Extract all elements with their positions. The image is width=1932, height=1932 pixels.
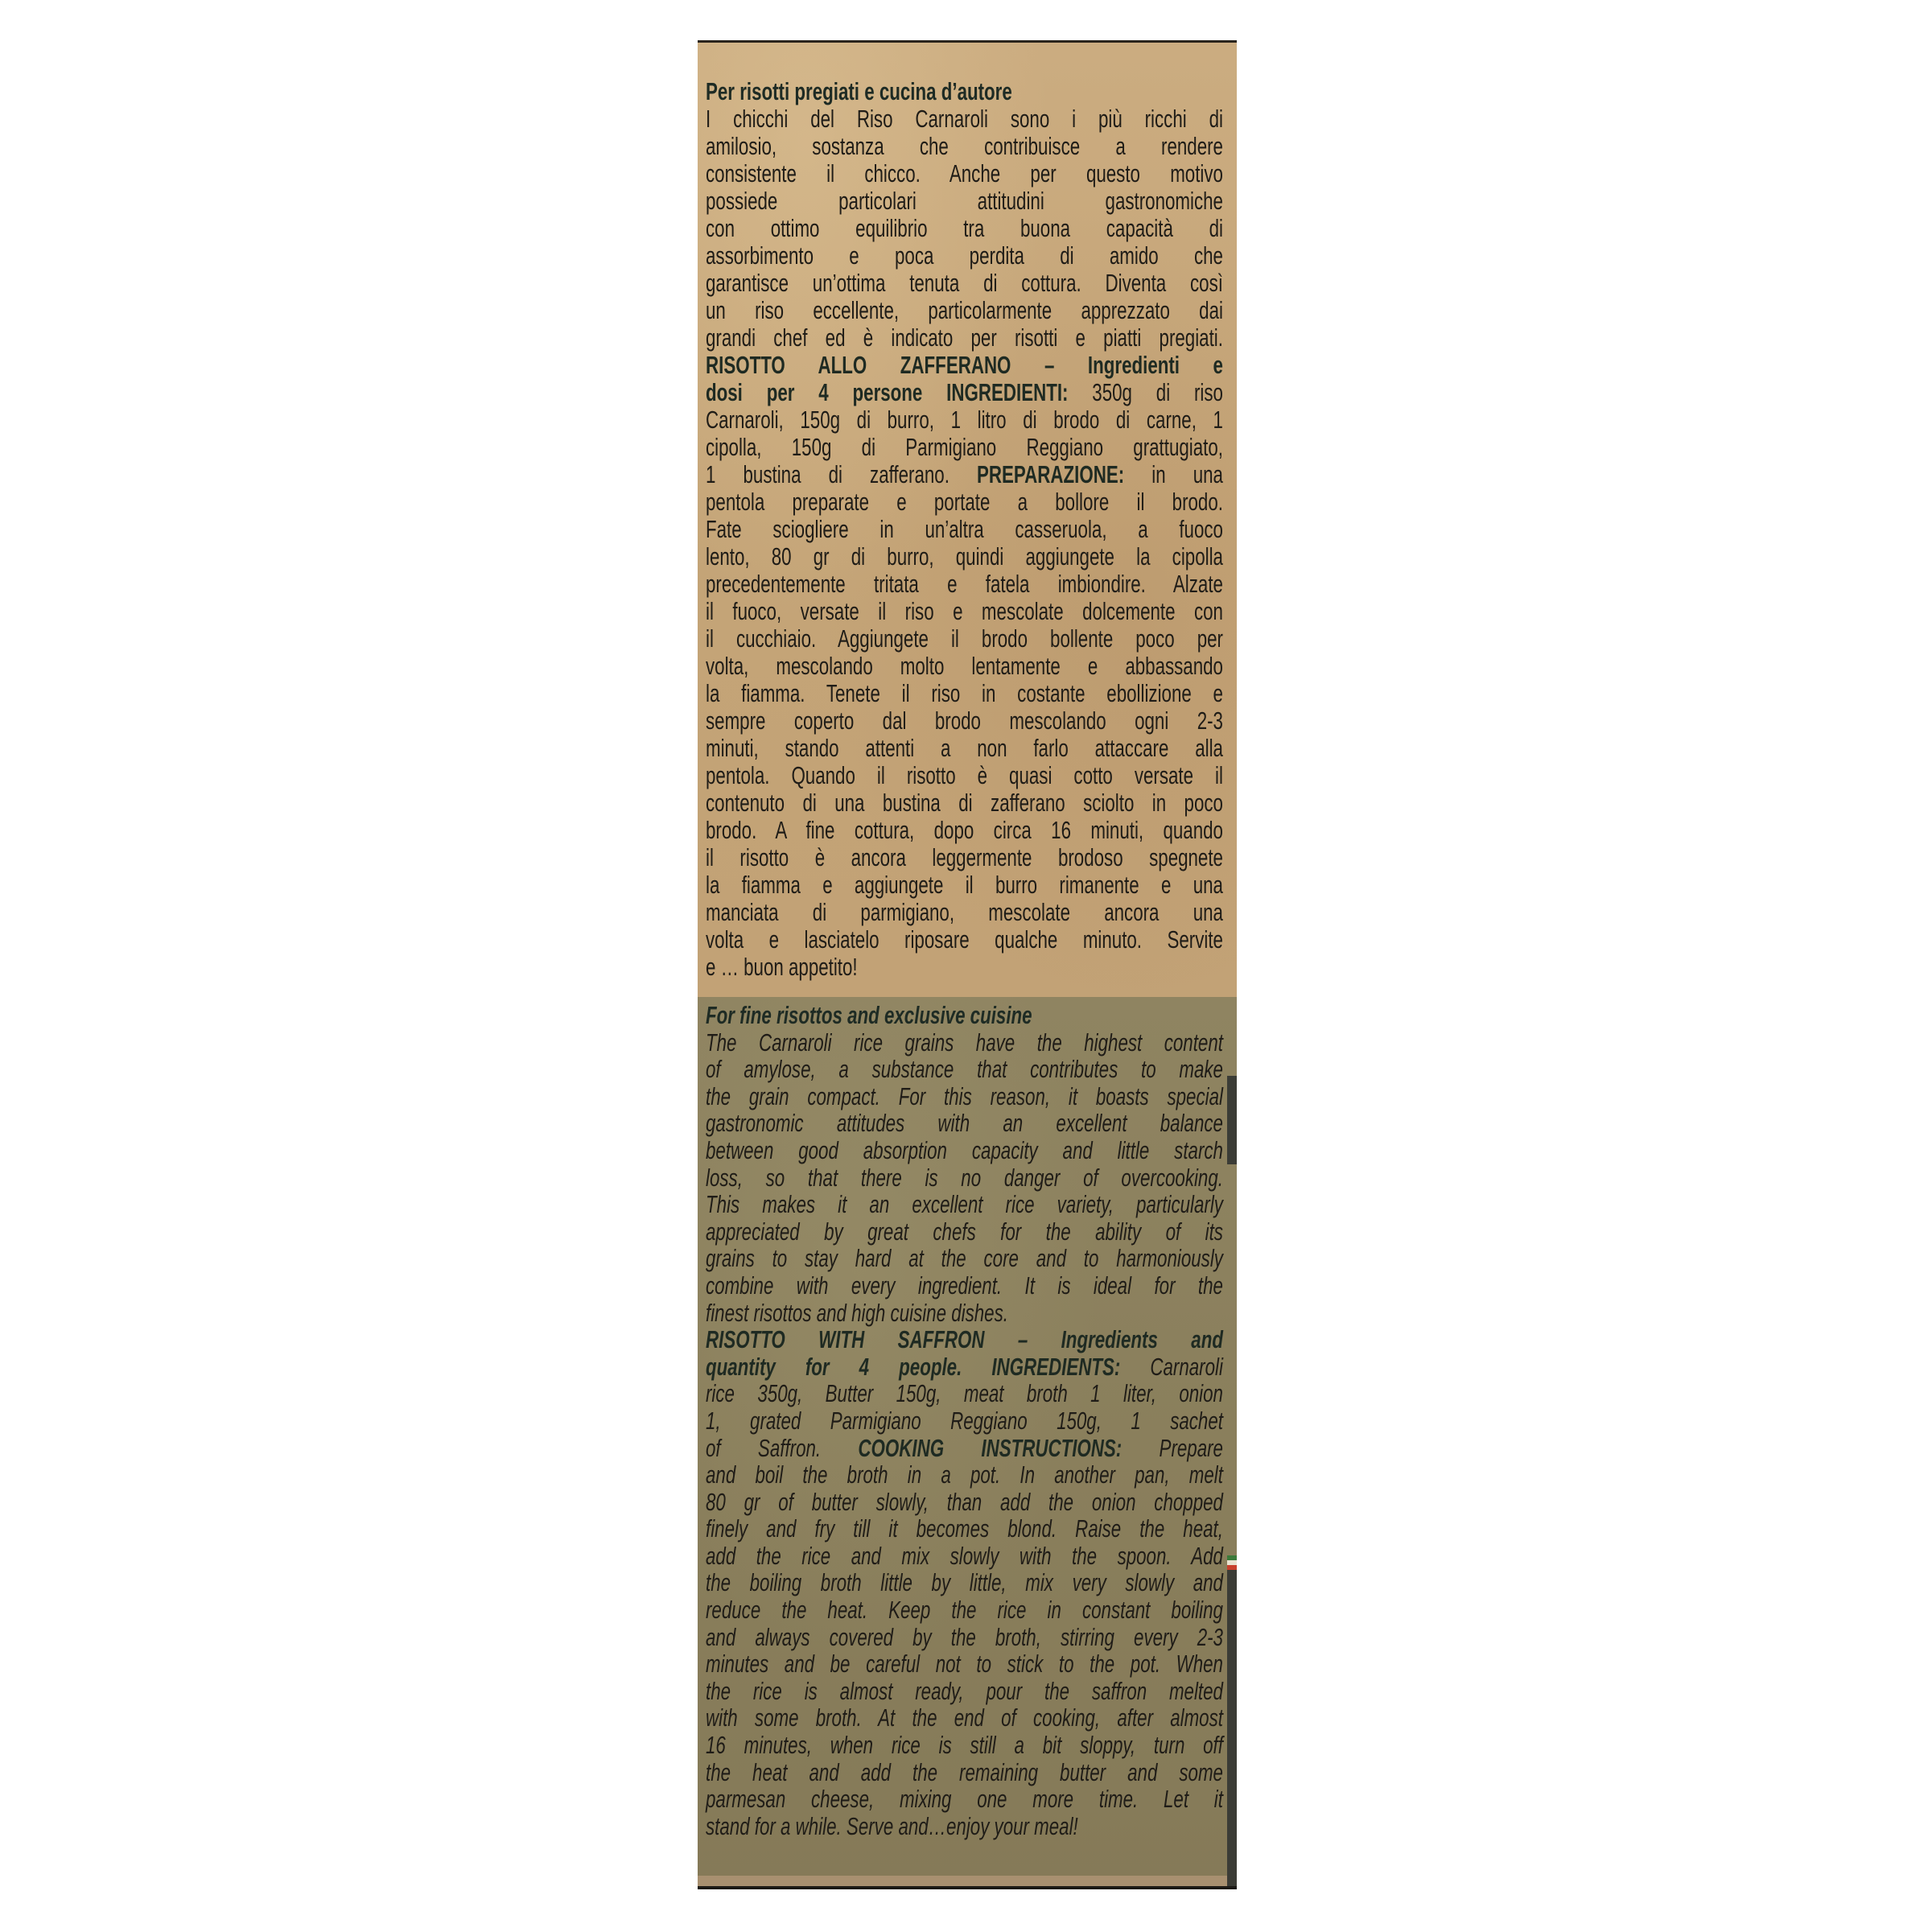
english-ingredients-list: rice 350g, Butter 150g, meat broth 1 lit…	[706, 1380, 1223, 1434]
text-line: con ottimo equilibrio tra buona capacità…	[706, 215, 1223, 242]
right-edge-strip-lower	[1227, 1570, 1237, 1889]
italian-ingredients-line: dosi per 4 persone INGREDIENTI: 350g di …	[706, 379, 1223, 406]
text-line: I chicchi del Riso Carnaroli sono i più …	[706, 105, 1223, 133]
text-line: precedentemente tritata e fatela imbiond…	[706, 571, 1223, 598]
package-side-panel: Per risotti pregiati e cucina d’autore I…	[698, 40, 1237, 1889]
text-line: cipolla, 150g di Parmigiano Reggiano gra…	[706, 434, 1223, 461]
text-line: il cucchiaio. Aggiungete il brodo bollen…	[706, 625, 1223, 653]
text-line: contenuto di una bustina di zafferano sc…	[706, 789, 1223, 817]
text-line: volta e lasciatelo riposare qualche minu…	[706, 926, 1223, 954]
english-ingredients-text: Carnaroli	[1120, 1353, 1223, 1381]
italian-title: Per risotti pregiati e cucina d’autore	[706, 78, 1223, 105]
text-line: un riso eccellente, particolarmente appr…	[706, 297, 1223, 324]
text-line: volta, mescolando molto lentamente e abb…	[706, 653, 1223, 680]
text-line: gastronomic attitudes with an excellent …	[706, 1110, 1223, 1137]
text-line: brodo. A fine cottura, dopo circa 16 min…	[706, 817, 1223, 844]
text-line: finely and fry till it becomes blond. Ra…	[706, 1515, 1223, 1543]
english-cooking-text: and boil the broth in a pot. In another …	[706, 1461, 1223, 1813]
italian-intro: I chicchi del Riso Carnaroli sono i più …	[706, 105, 1223, 352]
english-closing: stand for a while. Serve and…enjoy your …	[706, 1813, 1223, 1840]
text-line: la fiamma. Tenete il riso in costante eb…	[706, 680, 1223, 707]
text-line: la fiamma e aggiungete il burro rimanent…	[706, 871, 1223, 899]
text-line: loss, so that there is no danger of over…	[706, 1164, 1223, 1192]
text-line: possiede particolari attitudini gastrono…	[706, 187, 1223, 215]
italian-ingredients-text: 350g di riso	[1068, 378, 1222, 406]
text-line: reduce the heat. Keep the rice in consta…	[706, 1596, 1223, 1624]
text-line: appreciated by great chefs for the abili…	[706, 1218, 1223, 1246]
text-line: the grain compact. For this reason, it b…	[706, 1083, 1223, 1110]
bottom-edge-band	[698, 1876, 1237, 1889]
text-line: garantisce un’ottima tenuta di cottura. …	[706, 270, 1223, 297]
text-line: 1, grated Parmigiano Reggiano 150g, 1 sa…	[706, 1407, 1223, 1435]
text-line: of amylose, a substance that contributes…	[706, 1056, 1223, 1083]
english-ingredients-label: quantity for 4 people. INGREDIENTS:	[706, 1353, 1120, 1381]
text-line: between good absorption capacity and lit…	[706, 1137, 1223, 1164]
italian-recipe-heading: RISOTTO ALLO ZAFFERANO – Ingredienti e	[706, 352, 1223, 379]
text-line: the heat and add the remaining butter an…	[706, 1759, 1223, 1786]
text-line: The Carnaroli rice grains have the highe…	[706, 1029, 1223, 1057]
text-line: 80 gr of butter slowly, than add the oni…	[706, 1489, 1223, 1516]
english-intro-last-line: finest risottos and high cuisine dishes.	[706, 1300, 1223, 1327]
text-line: consistente il chicco. Anche per questo …	[706, 160, 1223, 187]
text-line: pentola preparate e portate a bollore il…	[706, 488, 1223, 516]
text-line: add the rice and mix slowly with the spo…	[706, 1543, 1223, 1570]
english-cooking-line: of Saffron. COOKING INSTRUCTIONS: Prepar…	[706, 1435, 1223, 1462]
text-line: rice 350g, Butter 150g, meat broth 1 lit…	[706, 1380, 1223, 1407]
text-line: minutes and be careful not to stick to t…	[706, 1650, 1223, 1678]
italian-closing: e … buon appetito!	[706, 954, 1223, 981]
text-line: il fuoco, versate il riso e mescolate do…	[706, 598, 1223, 625]
text-line: parmesan cheese, mixing one more time. L…	[706, 1786, 1223, 1813]
italian-preparation-text: pentola preparate e portate a bollore il…	[706, 488, 1223, 954]
text-line: minuti, stando attenti a non farlo attac…	[706, 735, 1223, 762]
italian-prep-prefix: 1 bustina di zafferano.	[706, 460, 977, 488]
text-line: grains to stay hard at the core and to h…	[706, 1245, 1223, 1272]
english-cook-prefix: of Saffron.	[706, 1434, 858, 1462]
right-edge-strip	[1227, 1076, 1237, 1164]
text-line: sempre coperto dal brodo mescolando ogni…	[706, 707, 1223, 735]
italian-ingredients-label: dosi per 4 persone INGREDIENTI:	[706, 378, 1068, 406]
italian-preparation-line: 1 bustina di zafferano. PREPARAZIONE: in…	[706, 461, 1223, 488]
text-line: grandi chef ed è indicato per risotti e …	[706, 324, 1223, 352]
english-ingredients-line: quantity for 4 people. INGREDIENTS: Carn…	[706, 1353, 1223, 1381]
english-cook-suffix: Prepare	[1122, 1434, 1223, 1462]
italian-ingredients-list: Carnaroli, 150g di burro, 1 litro di bro…	[706, 406, 1223, 461]
english-recipe-heading: RISOTTO WITH SAFFRON – Ingredients and	[706, 1326, 1223, 1353]
text-line: combine with every ingredient. It is ide…	[706, 1272, 1223, 1300]
text-line: the rice is almost ready, pour the saffr…	[706, 1678, 1223, 1705]
italian-text-column: Per risotti pregiati e cucina d’autore I…	[706, 78, 1223, 981]
english-title: For fine risottos and exclusive cuisine	[706, 1002, 1223, 1029]
text-line: This makes it an excellent rice variety,…	[706, 1191, 1223, 1218]
english-cook-label: COOKING INSTRUCTIONS:	[858, 1434, 1122, 1462]
text-line: and boil the broth in a pot. In another …	[706, 1461, 1223, 1489]
text-line: amilosio, sostanza che contribuisce a re…	[706, 133, 1223, 160]
text-line: il risotto è ancora leggermente brodoso …	[706, 844, 1223, 871]
text-line: and always covered by the broth, stirrin…	[706, 1624, 1223, 1651]
italian-prep-suffix: in una	[1124, 460, 1223, 488]
text-line: the boiling broth little by little, mix …	[706, 1569, 1223, 1596]
text-line: lento, 80 gr di burro, quindi aggiungete…	[706, 543, 1223, 571]
italian-prep-label: PREPARAZIONE:	[977, 460, 1124, 488]
text-line: with some broth. At the end of cooking, …	[706, 1704, 1223, 1732]
text-line: Carnaroli, 150g di burro, 1 litro di bro…	[706, 406, 1223, 434]
text-line: assorbimento e poca perdita di amido che	[706, 242, 1223, 270]
text-line: manciata di parmigiano, mescolate ancora…	[706, 899, 1223, 926]
english-text-column: For fine risottos and exclusive cuisine …	[706, 1002, 1223, 1839]
text-line: 16 minutes, when rice is still a bit slo…	[706, 1732, 1223, 1759]
text-line: pentola. Quando il risotto è quasi cotto…	[706, 762, 1223, 789]
text-line: Fate sciogliere in un’altra casseruola, …	[706, 516, 1223, 543]
english-intro: The Carnaroli rice grains have the highe…	[706, 1029, 1223, 1300]
